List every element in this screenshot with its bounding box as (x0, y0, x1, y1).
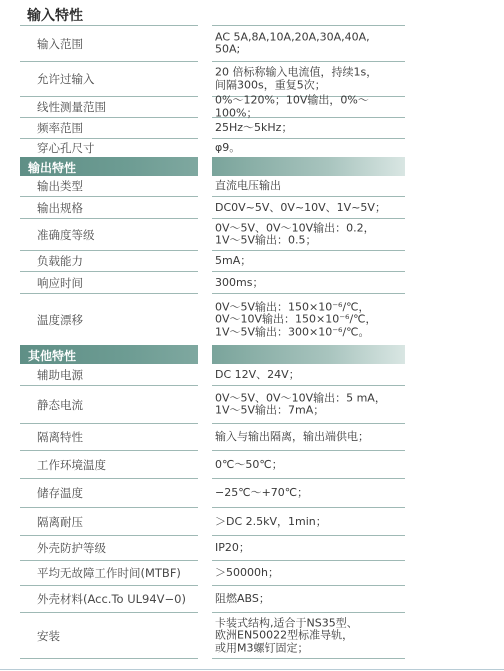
section-title-input: 输入特性 (27, 5, 83, 25)
spec-label: 负载能力 (37, 253, 83, 269)
spec-row: 外壳防护等级 IP20； (20, 536, 405, 561)
spec-row: 安装 卡装式结构,适合于NS35型、 欧洲EN50022型标准导轨， 或用M3螺… (20, 613, 405, 659)
spec-value: 0℃～50℃； (215, 458, 405, 471)
spec-label: 外壳防护等级 (37, 540, 106, 556)
spec-value: φ9。 (215, 142, 405, 155)
spec-label: 静态电流 (37, 397, 83, 413)
spec-row: 输出规格 DC0V~5V、0V~10V、1V~5V； (20, 197, 405, 219)
spec-row: 平均无故障工作时间(MTBF) ＞50000h； (20, 561, 405, 586)
spec-label: 准确度等级 (37, 227, 95, 243)
section-title-other: 其他特性 (28, 347, 76, 364)
spec-row: 穿心孔尺寸 φ9。 (20, 139, 405, 157)
page-divider (0, 669, 504, 670)
spec-value: AC 5A,8A,10A,20A,30A,40A, 50A; (215, 31, 405, 56)
spec-value: 直流电压输出 (215, 180, 405, 193)
spec-label: 温度漂移 (37, 312, 83, 328)
spec-value: 0V～5V、0V～10V输出：5 mA， 1V～5V输出：7mA； (215, 392, 405, 417)
spec-label: 平均无故障工作时间(MTBF) (37, 565, 181, 581)
spec-label: 线性测量范围 (37, 99, 106, 115)
spec-label: 工作环境温度 (37, 457, 106, 473)
spec-value: ＞DC 2.5kV，1min； (215, 515, 405, 528)
spec-row: 线性测量范围 0%～120%；10V输出，0%～100%； (20, 97, 405, 118)
spec-value: 阻燃ABS； (215, 593, 405, 606)
spec-label: 外壳材料(Acc.To UL94V−0) (37, 591, 186, 607)
spec-value: 25Hz～5kHz； (215, 122, 405, 135)
section-title-output: 输出特性 (28, 159, 76, 176)
spec-value: 卡装式结构,适合于NS35型、 欧洲EN50022型标准导轨， 或用M3螺钉固定… (215, 617, 405, 655)
spec-row: 外壳材料(Acc.To UL94V−0) 阻燃ABS； (20, 586, 405, 613)
spec-row: 输出类型 直流电压输出 (20, 176, 405, 197)
spec-label: 储存温度 (37, 485, 83, 501)
spec-label: 响应时间 (37, 275, 83, 291)
spec-label: 辅助电源 (37, 367, 83, 383)
spec-label: 隔离耐压 (37, 514, 83, 530)
spec-label: 频率范围 (37, 120, 83, 136)
spec-value: IP20； (215, 542, 405, 555)
section-header-bar (212, 345, 405, 364)
spec-row: 输入范围 AC 5A,8A,10A,20A,30A,40A, 50A; (20, 25, 405, 62)
spec-value: −25℃～+70℃； (215, 487, 405, 500)
spec-value: 输入与输出隔离，输出端供电； (215, 431, 405, 444)
spec-label: 输出类型 (37, 178, 83, 194)
spec-row: 频率范围 25Hz～5kHz； (20, 118, 405, 139)
spec-label: 安装 (37, 628, 60, 644)
spec-row: 辅助电源 DC 12V、24V； (20, 364, 405, 386)
spec-row: 储存温度 −25℃～+70℃； (20, 479, 405, 508)
section-header-output: 输出特性 (20, 157, 405, 176)
spec-row: 负载能力 5mA； (20, 251, 405, 272)
spec-row: 隔离耐压 ＞DC 2.5kV，1min； (20, 508, 405, 536)
spec-row: 隔离特性 输入与输出隔离，输出端供电； (20, 424, 405, 451)
spec-value: 20 倍标称输入电流值，持续1s， 间隔300s，重复5次； (215, 67, 405, 92)
spec-value: 0V～5V、0V～10V输出：0.2， 1V～5V输出：0.5； (215, 222, 405, 247)
spec-value: 5mA； (215, 255, 405, 268)
spec-value: 300ms； (215, 276, 405, 289)
spec-row: 准确度等级 0V～5V、0V～10V输出：0.2， 1V～5V输出：0.5； (20, 219, 405, 251)
spec-label: 穿心孔尺寸 (37, 140, 95, 156)
spec-value: DC 12V、24V； (215, 368, 405, 381)
section-header-other: 其他特性 (20, 345, 405, 364)
spec-value: 0%～120%；10V输出，0%～100%； (215, 95, 405, 120)
spec-label: 允许过输入 (37, 71, 95, 87)
spec-label: 隔离特性 (37, 429, 83, 445)
spec-value: 0V～5V输出：150×10⁻⁶/℃， 0V～10V输出：150×10⁻⁶/℃，… (215, 301, 405, 339)
spec-row: 温度漂移 0V～5V输出：150×10⁻⁶/℃， 0V～10V输出：150×10… (20, 294, 405, 345)
spec-value: DC0V~5V、0V~10V、1V~5V； (215, 201, 405, 214)
spec-label: 输出规格 (37, 200, 83, 216)
spec-row: 工作环境温度 0℃～50℃； (20, 451, 405, 479)
spec-row: 响应时间 300ms； (20, 272, 405, 294)
spec-label: 输入范围 (37, 36, 83, 52)
section-header-bar (212, 157, 405, 176)
spec-row: 静态电流 0V～5V、0V～10V输出：5 mA， 1V～5V输出：7mA； (20, 386, 405, 424)
spec-row: 允许过输入 20 倍标称输入电流值，持续1s， 间隔300s，重复5次； (20, 62, 405, 97)
spec-value: ＞50000h； (215, 567, 405, 580)
